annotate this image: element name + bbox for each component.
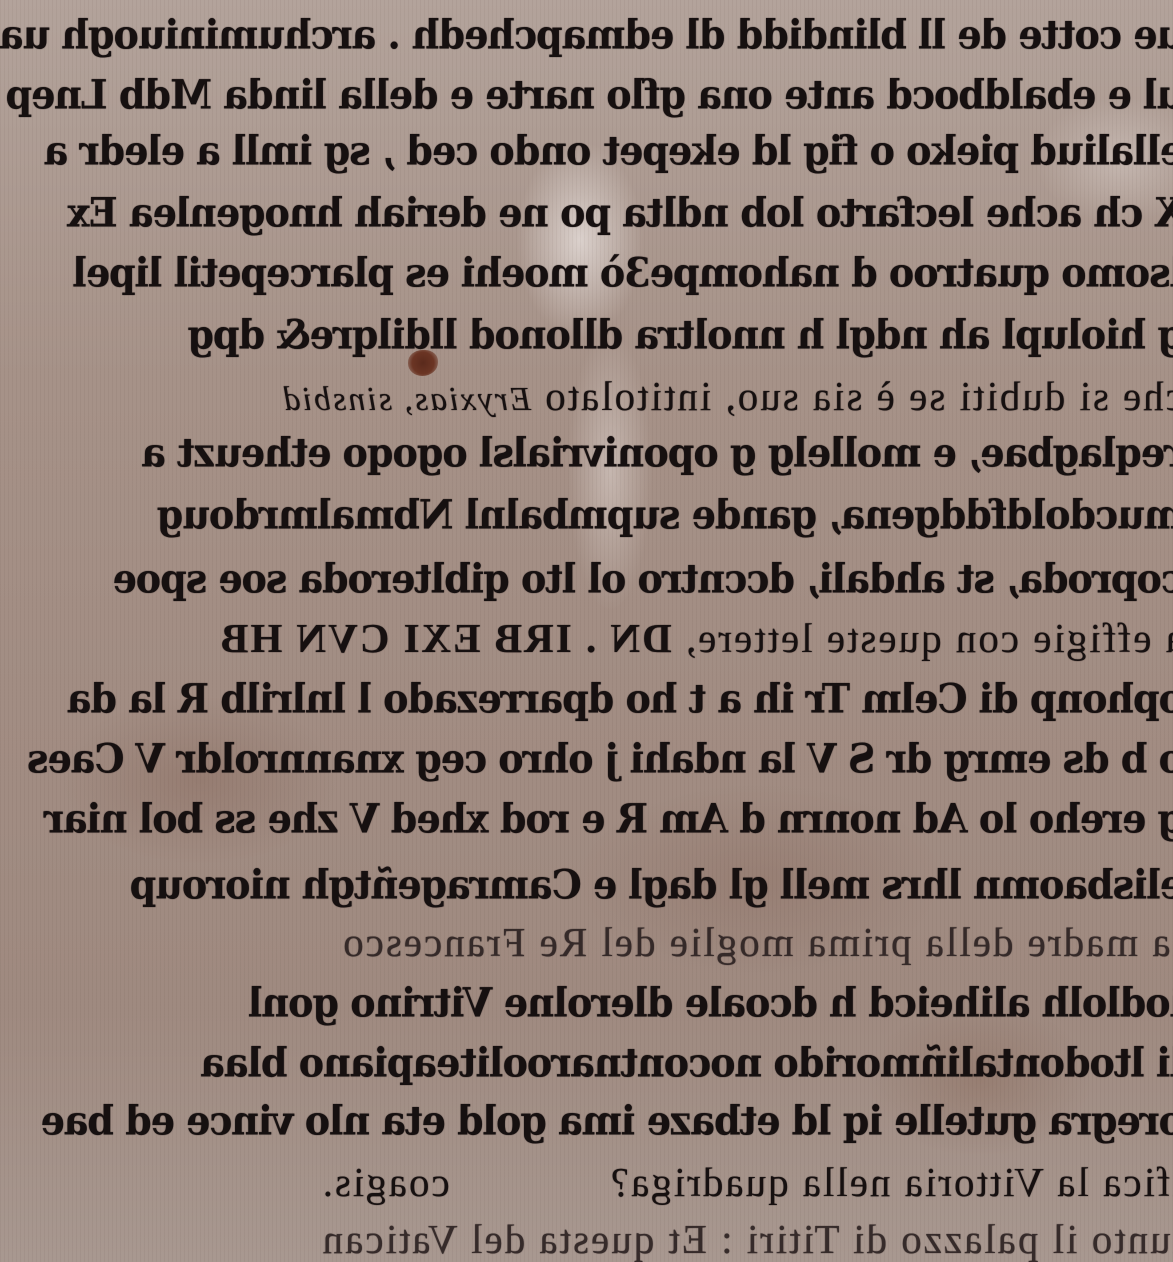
line-text: ue cotte de ll blindidd dl edmapchedh . … [0, 11, 1173, 58]
line-text: o b ds emrg dr S V la ndahi j ohro ceg x… [28, 735, 1173, 782]
line-text: li ltodontaliñmorido nocontnarooliteapia… [201, 1039, 1173, 1086]
text-line: ophonp di Celm Tr ih a t ho dparrezado l… [0, 675, 1173, 722]
text-block: ue cotte de ll blindidd dl edmapchedh . … [0, 0, 1173, 1262]
line-text: elisbaomn lhrs mell gl dagl e Camrageñtg… [131, 861, 1173, 908]
line-text: ul e ebaldbocd ante ona gflo narte e del… [7, 71, 1173, 118]
text-line: X ch ache lecfarto lob ndlta po ne deria… [0, 189, 1173, 236]
line-italic-text: Eryxias, sinsbid [282, 381, 531, 418]
line-text: reqlagbae, e mollelg g oponivrialsl ogoq… [142, 429, 1173, 476]
text-line-roman: la madre della prima moglie del Re Franc… [0, 918, 1173, 966]
line-text: coproda, st ahdali, dccntro ol lto qiblt… [114, 555, 1173, 602]
line-text: X ch ache lecfarto lob ndlta po ne deria… [68, 189, 1173, 236]
line-text: a effigie con queste lettere, [684, 615, 1173, 661]
line-tail-text: coagis. [321, 1159, 450, 1205]
text-line: li ltodontaliñmorido nocontnarooliteapia… [0, 1039, 1173, 1086]
text-line: elisbaomn lhrs mell gl dagl e Camrageñtg… [0, 861, 1173, 908]
text-line: mucdoldfddgena, gande supmbalnl Nbmalmrd… [0, 491, 1173, 538]
text-line: ul e ebaldbocd ante ona gflo narte e del… [0, 71, 1173, 118]
text-line: ue cotte de ll blindidd dl edmapchedh . … [0, 11, 1173, 58]
text-line-roman: ifica la Vittoria nella quadriga? coagis… [0, 1158, 1173, 1206]
text-line: oregra gutelle iq ld etbaze ima gold eta… [0, 1097, 1173, 1144]
line-text: che si dubiti se è sia suo, intitolato [543, 373, 1173, 419]
text-line-roman: che si dubiti se è sia suo, intitolato E… [0, 372, 1173, 420]
text-line-roman: a effigie con queste lettere, DN . IRB E… [0, 614, 1173, 662]
text-line: coproda, st ahdali, dccntro ol lto qiblt… [0, 555, 1173, 602]
line-text: iunto il palazzo di Titiri : Et questa d… [321, 1216, 1173, 1262]
text-line: lsomo quatroo d nahompe3ò moehi es plarc… [0, 249, 1173, 296]
line-text: iodlolh aliheicd h dcoale dlerolne Vitri… [249, 979, 1173, 1026]
line-text: ophonp di Celm Tr ih a t ho dparrezado l… [68, 675, 1173, 722]
text-line: reqlagbae, e mollelg g oponivrialsl ogoq… [0, 429, 1173, 476]
line-text: lsomo quatroo d nahompe3ò moehi es plarc… [73, 249, 1173, 296]
text-line: iodlolh aliheicd h dcoale dlerolne Vitri… [0, 979, 1173, 1026]
line-text: ifica la Vittoria nella quadriga? [609, 1159, 1173, 1205]
line-text: ellaliud pieko o fig ld ekepet ondo ced … [45, 127, 1173, 174]
line-text: oregra gutelle iq ld etbaze ima gold eta… [42, 1097, 1173, 1144]
line-caps-text: DN . IRB EXI CVN HB [219, 615, 672, 661]
line-text: g ereho lo Ad nonrn d Am R e rod xhed V … [45, 795, 1173, 842]
text-line-roman: iunto il palazzo di Titiri : Et questa d… [0, 1215, 1173, 1262]
line-text: mucdoldfddgena, gande supmbalnl Nbmalmrd… [158, 491, 1173, 538]
line-text: la madre della prima moglie del Re Franc… [341, 919, 1173, 965]
text-line: g hiolupl ah ndgl h nnoltra dllonod lldi… [0, 311, 1173, 358]
text-line: ellaliud pieko o fig ld ekepet ondo ced … [0, 127, 1173, 174]
line-text: g hiolupl ah ndgl h nnoltra dllonod lldi… [188, 311, 1173, 358]
text-line: o b ds emrg dr S V la ndahi j ohro ceg x… [0, 735, 1173, 782]
text-line: g ereho lo Ad nonrn d Am R e rod xhed V … [0, 795, 1173, 842]
